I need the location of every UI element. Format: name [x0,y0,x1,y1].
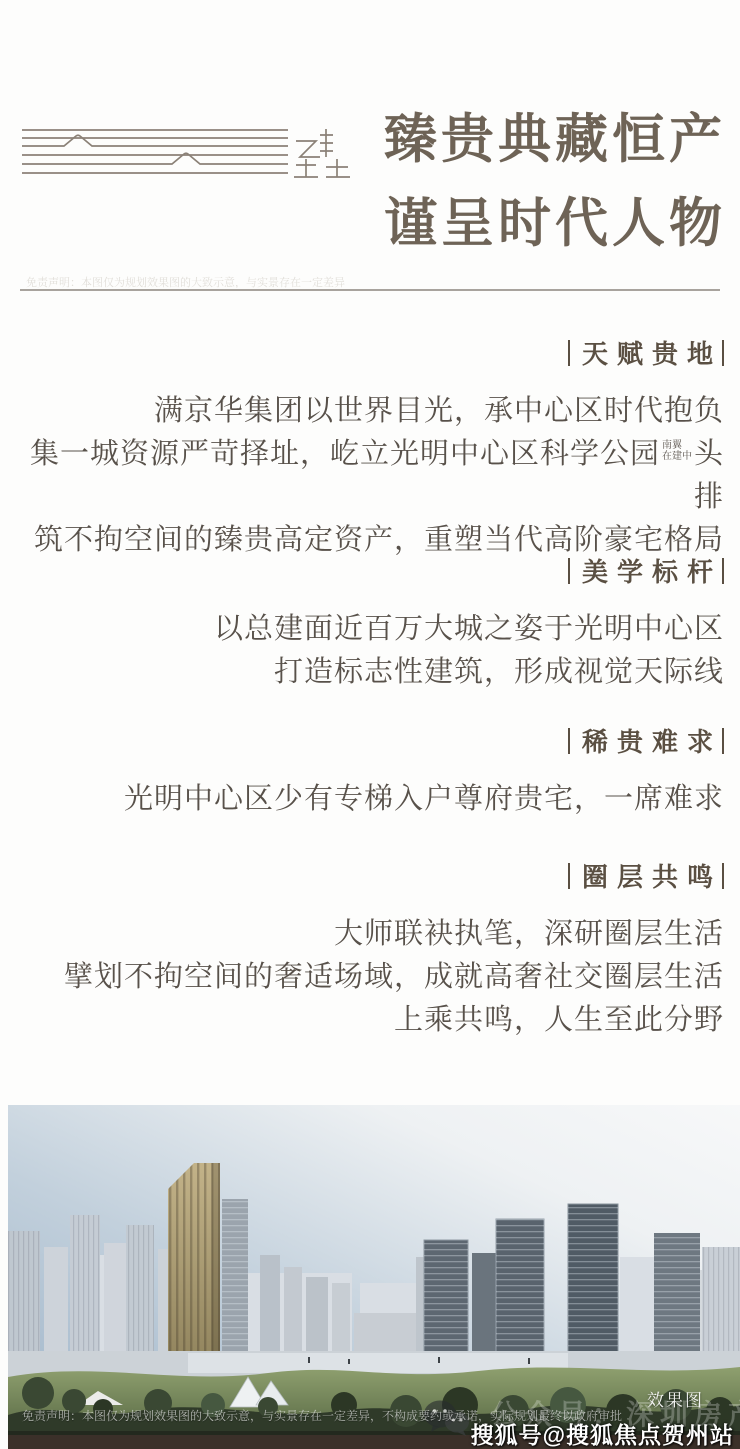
section-body: 满京华集团以世界目光，承中心区时代抱负 集一城资源严苛择址，屹立光明中心区科学公… [0,390,724,562]
section-body: 以总建面近百万大城之姿于光明中心区 打造标志性建筑，形成视觉天际线 [0,608,724,694]
section-quanceng-gongming: 圈层共鸣 大师联袂执笔，深研圈层生活 擘划不拘空间的奢适场域，成就高奢社交圈层生… [0,861,724,1042]
top-disclaimer-text: 免责声明：本图仅为规划效果图的大致示意，与实景存在一定差异 [26,274,382,288]
section-header: 美学标杆 [0,556,724,590]
section-title-text: 天赋贵地 [582,340,722,369]
title-line-1: 臻贵典藏恒产 [384,98,726,182]
section-tianfu-guidi: 天赋贵地 满京华集团以世界目光，承中心区时代抱负 集一城资源严苛择址，屹立光明中… [0,338,724,562]
section-header: 稀贵难求 [0,726,724,760]
right-pipe [722,863,724,889]
left-pipe [568,340,570,366]
logo-lines [22,129,350,177]
body-line: 集一城资源严苛择址，屹立光明中心区科学公园南翼在建中头排 [0,433,724,519]
body-line: 满京华集团以世界目光，承中心区时代抱负 [0,390,724,433]
left-pipe [568,558,570,584]
body-line: 光明中心区少有专梯入户尊府贵宅，一席难求 [0,778,724,821]
title-line-2: 谨呈时代人物 [384,182,726,266]
promo-page: 臻贵典藏恒产 谨呈时代人物 免责声明：本图仅为规划效果图的大致示意，与实景存在一… [0,0,740,1449]
body-line: 以总建面近百万大城之姿于光明中心区 [0,608,724,651]
section-header: 圈层共鸣 [0,861,724,895]
note-bottom: 在建中 [662,451,692,462]
section-header: 天赋贵地 [0,338,724,372]
divider-rule [20,289,720,291]
right-pipe [722,558,724,584]
note-top: 南翼 [662,440,692,451]
left-pipe [568,863,570,889]
section-meixue-biaogan: 美学标杆 以总建面近百万大城之姿于光明中心区 打造标志性建筑，形成视觉天际线 [0,556,724,694]
body-line-text: 集一城资源严苛择址，屹立光明中心区科学公园 [30,438,660,470]
left-pipe [568,728,570,754]
body-line: 擘划不拘空间的奢适场域，成就高奢社交圈层生活 [0,956,724,999]
body-line-suffix: 头排 [694,438,724,513]
city-render-image: 效果图 公众号：深圳房产 免责声明：本图仅为规划效果图的大致示意，与实景存在一定… [8,1105,740,1449]
section-title-text: 圈层共鸣 [582,863,722,892]
sohu-watermark: 搜狐号@搜狐焦点贺州站 [471,1417,734,1449]
section-xigui-nanqiu: 稀贵难求 光明中心区少有专梯入户尊府贵宅，一席难求 [0,726,724,821]
photo-overlays: 效果图 公众号：深圳房产 免责声明：本图仅为规划效果图的大致示意，与实景存在一定… [8,1105,740,1449]
body-line: 上乘共鸣，人生至此分野 [0,999,724,1042]
section-title-text: 美学标杆 [582,558,722,587]
construction-note: 南翼在建中 [662,440,692,462]
body-line: 打造标志性建筑，形成视觉天际线 [0,651,724,694]
section-body: 大师联袂执笔，深研圈层生活 擘划不拘空间的奢适场域，成就高奢社交圈层生活 上乘共… [0,913,724,1042]
page-title: 臻贵典藏恒产 谨呈时代人物 [384,98,726,266]
right-pipe [722,340,724,366]
body-line: 大师联袂执笔，深研圈层生活 [0,913,724,956]
right-pipe [722,728,724,754]
section-body: 光明中心区少有专梯入户尊府贵宅，一席难求 [0,778,724,821]
brand-lines-logo [20,126,350,180]
section-title-text: 稀贵难求 [582,728,722,757]
